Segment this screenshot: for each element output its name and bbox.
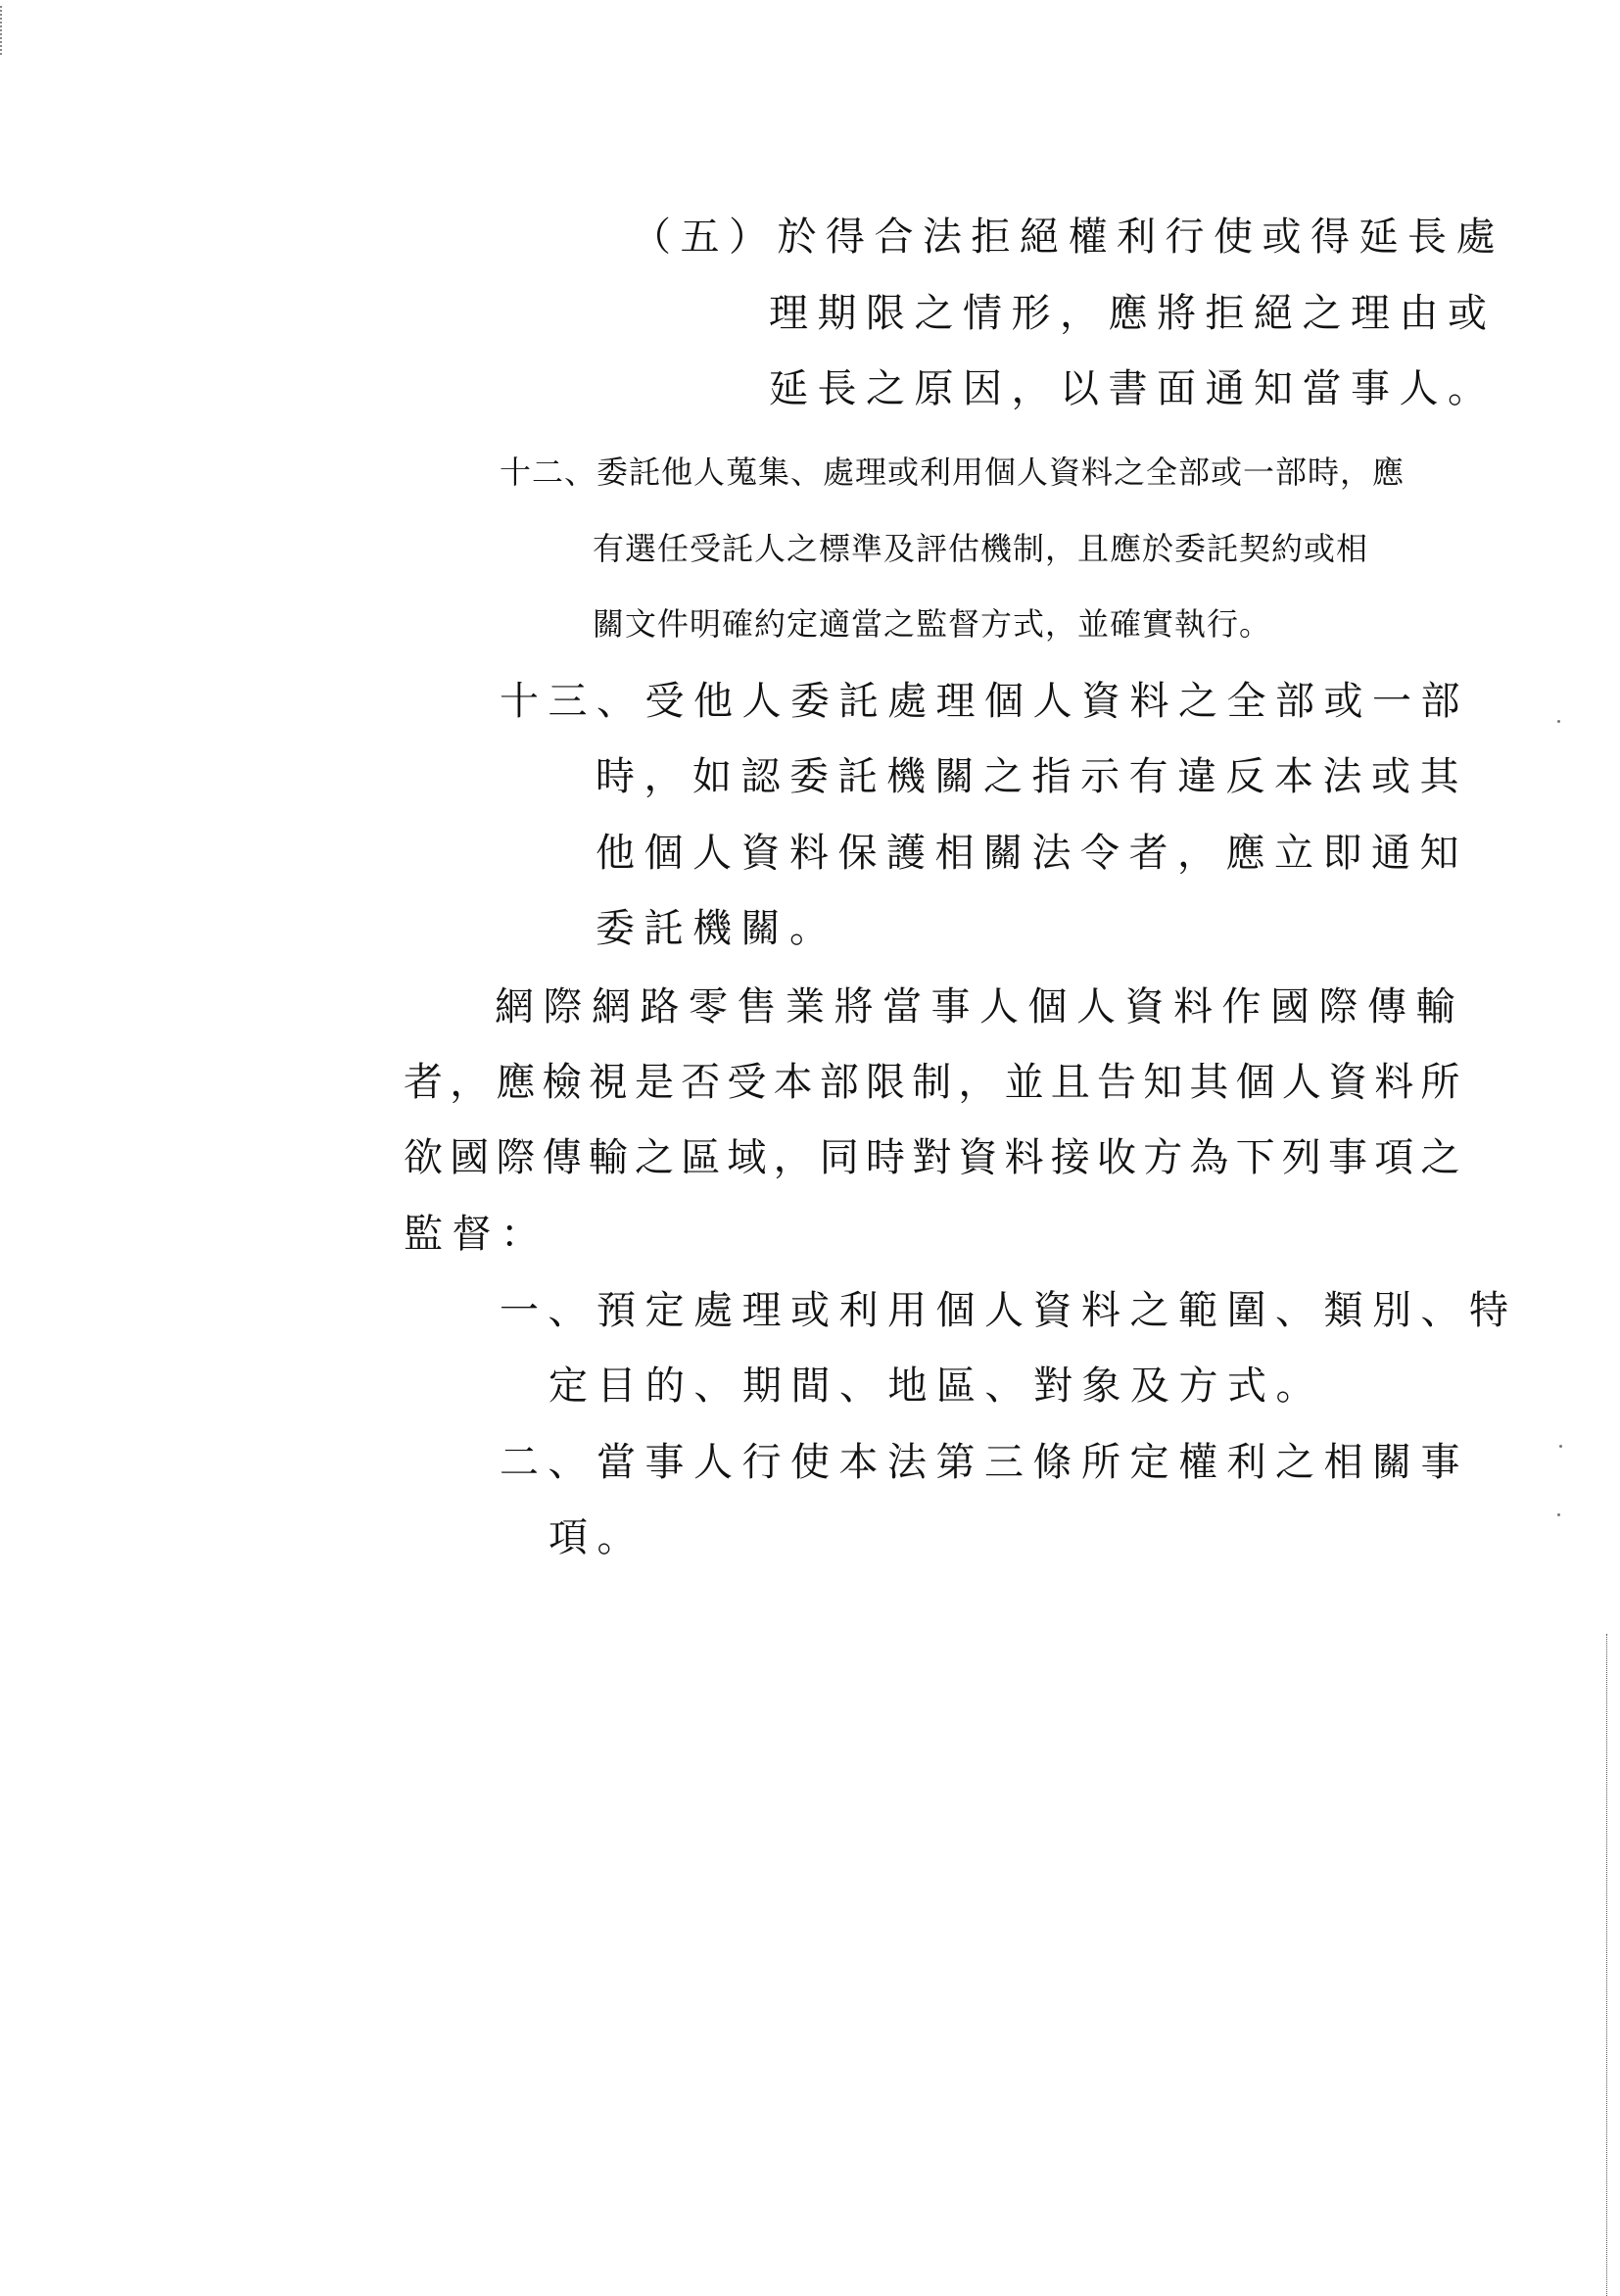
item-12-line-2: 有選任受託人之標準及評估機制，且應於委託契約或相 <box>593 533 1368 564</box>
item-13-line-3: 他個人資料保護相關法令者，應立即通知 <box>596 834 1468 873</box>
scan-speck <box>1559 1445 1562 1448</box>
scan-speck <box>1557 720 1560 723</box>
scan-edge-mark <box>1606 1634 1609 2296</box>
clause-label: （五） <box>632 215 778 260</box>
clause-5-line-1: （五）於得合法拒絕權利行使或得延長處 <box>632 217 1504 257</box>
scanned-page: （五）於得合法拒絕權利行使或得延長處 理期限之情形，應將拒絕之理由或 延長之原因… <box>0 0 1620 2296</box>
scan-speck <box>1557 1513 1560 1516</box>
item-13-line-2: 時，如認委託機關之指示有違反本法或其 <box>596 757 1468 796</box>
item-13-line-1: 十三、受他人委託處理個人資料之全部或一部 <box>500 682 1469 721</box>
list-item-2-line-2: 項。 <box>548 1518 645 1557</box>
list-item-2-line-1: 二、當事人行使本法第三條所定權利之相關事 <box>500 1443 1469 1482</box>
clause-5-line-3: 延長之原因，以書面通知當事人。 <box>769 369 1497 408</box>
clause-5-line-2: 理期限之情形，應將拒絕之理由或 <box>769 294 1497 333</box>
item-13-line-4: 委託機關。 <box>596 909 838 948</box>
paragraph-line-1: 網際網路零售業將當事人個人資料作國際傳輸 <box>495 987 1464 1027</box>
scan-edge-mark <box>0 6 5 55</box>
item-12-line-1: 十二、委託他人蒐集、處理或利用個人資料之全部或一部時，應 <box>500 456 1405 488</box>
paragraph-line-2: 者，應檢視是否受本部限制，並且告知其個人資料所 <box>404 1063 1467 1102</box>
item-12-line-3: 關文件明確約定適當之監督方式，並確實執行。 <box>593 608 1271 640</box>
list-item-1-line-1: 一、預定處理或利用個人資料之範圍、類別、特 <box>500 1291 1518 1330</box>
paragraph-line-3: 欲國際傳輸之區域，同時對資料接收方為下列事項之 <box>404 1138 1467 1177</box>
paragraph-line-4: 監督： <box>404 1215 549 1254</box>
list-item-1-line-2: 定目的、期間、地區、對象及方式。 <box>548 1366 1324 1406</box>
